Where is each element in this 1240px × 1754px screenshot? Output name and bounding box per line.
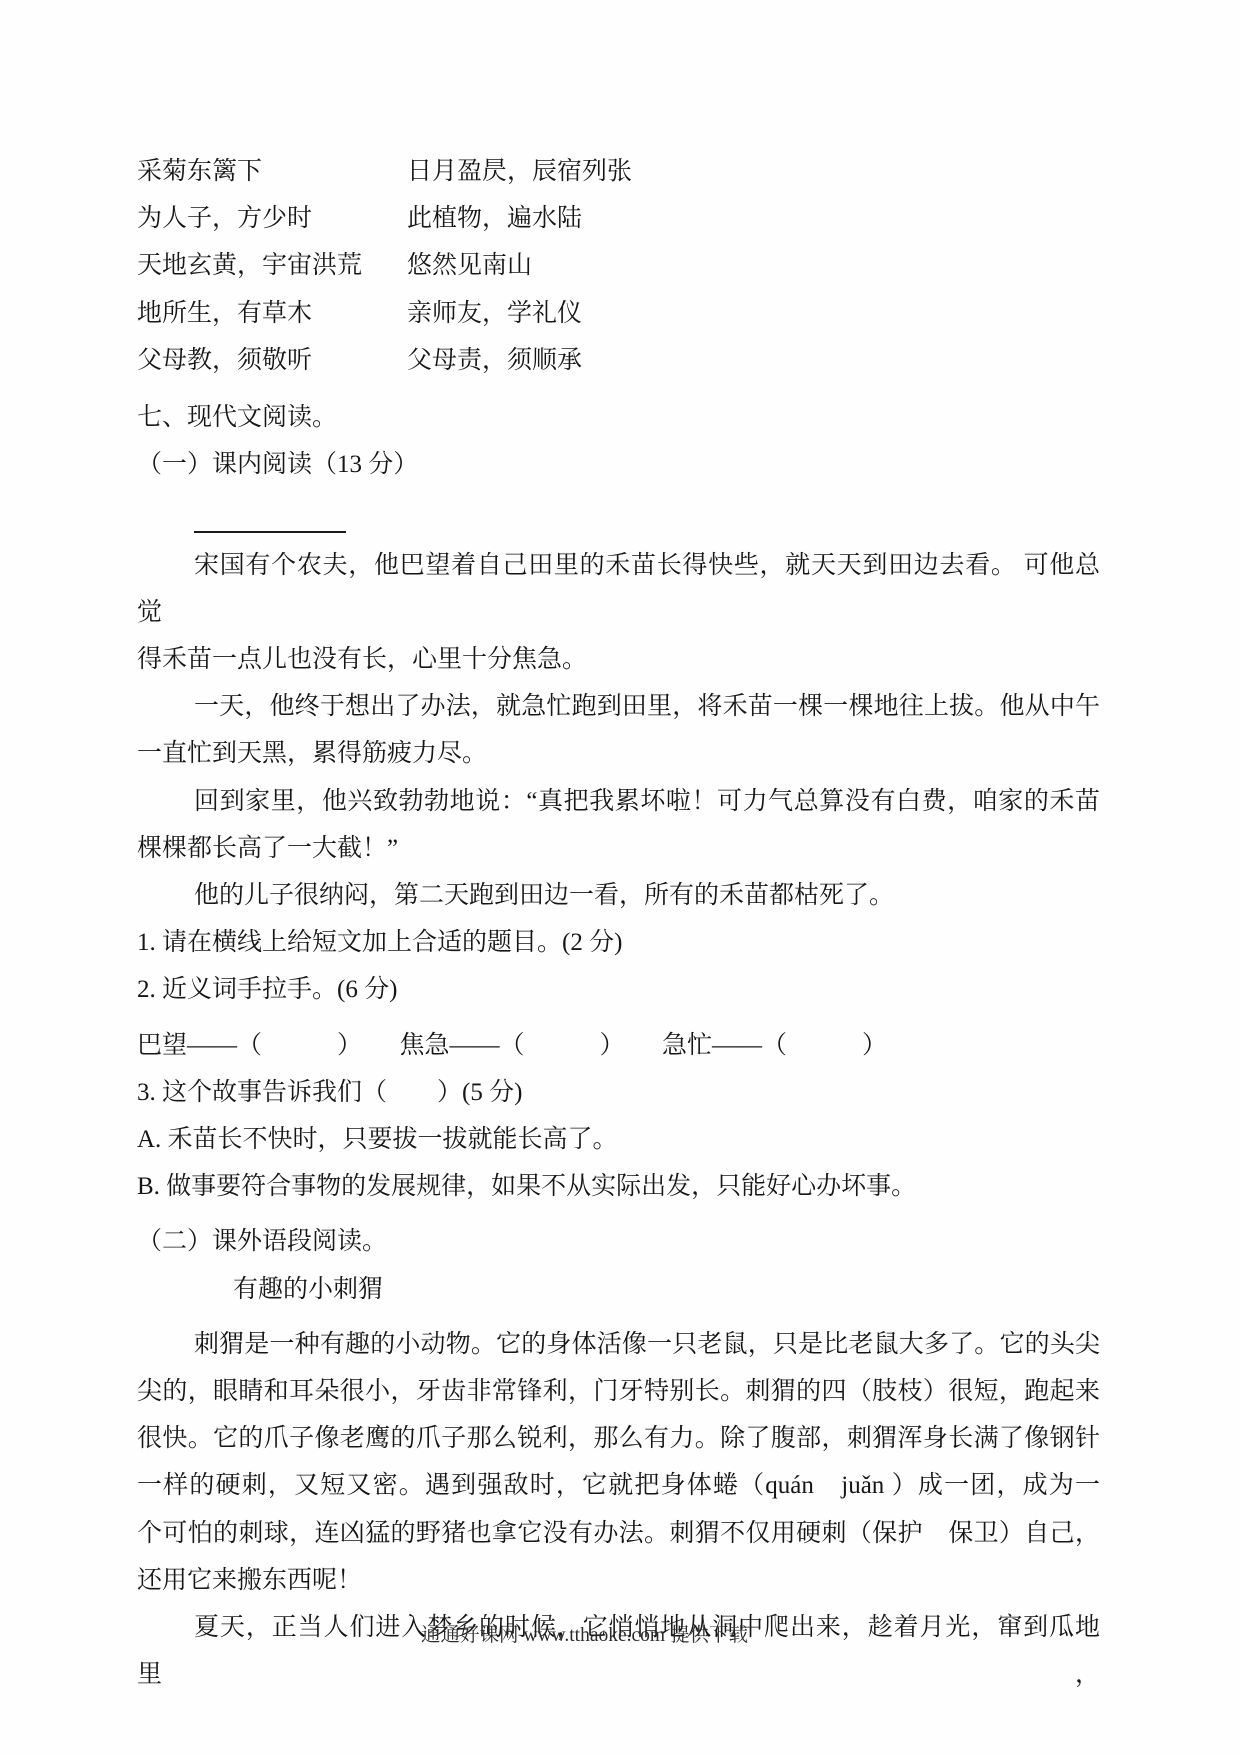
passage-line: 刺猬是一种有趣的小动物。它的身体活像一只老鼠，只是比老鼠大多了。它的头尖 <box>137 1321 1100 1368</box>
matching-left-item: 父母教，须敬听 <box>137 337 407 384</box>
passage-line: 回到家里，他兴致勃勃地说：“真把我累坏啦！可力气总算没有白费，咱家的禾苗 <box>137 778 1100 825</box>
matching-right-item: 亲师友，学礼仪 <box>407 290 1100 337</box>
passage-line: 夏天，正当人们进入梦乡的时候，它悄悄地从洞中爬出来，趁着月光，窜到瓜地里， <box>137 1604 1100 1698</box>
passage-line: 得禾苗一点儿也没有长，心里十分焦急。 <box>137 636 1100 683</box>
matching-left-item: 天地玄黄，宇宙洪荒 <box>137 242 407 289</box>
passage-line: 很快。它的爪子像老鹰的爪子那么锐利，那么有力。除了腹部，刺猬浑身长满了像钢针 <box>137 1415 1100 1462</box>
matching-row: 地所生，有草木 亲师友，学礼仪 <box>137 290 1100 337</box>
passage-title: 有趣的小刺猬 <box>137 1266 1100 1313</box>
passage-line: 他的儿子很纳闷，第二天跑到田边一看，所有的禾苗都枯死了。 <box>137 872 1100 919</box>
passage-line: 个可怕的刺球，连凶猛的野猪也拿它没有办法。刺猬不仅用硬刺（保护 保卫）自己， <box>137 1510 1100 1557</box>
section-heading: 七、现代文阅读。 <box>137 394 1100 441</box>
part-two-title: （二）课外语段阅读。 <box>137 1218 1100 1265</box>
passage-line: 一直忙到天黑，累得筋疲力尽。 <box>137 730 1100 777</box>
passage-line: 尖的，眼睛和耳朵很小，牙齿非常锋利，门牙特别长。刺猬的四（肢枝）很短，跑起来 <box>137 1368 1100 1415</box>
passage-line: 棵棵都长高了一大截！” <box>137 825 1100 872</box>
question-3: 3. 这个故事告诉我们（ ）(5 分) <box>137 1069 1100 1116</box>
matching-row: 为人子，方少时 此植物，遍水陆 <box>137 195 1100 242</box>
synonym-fill-line: 巴望——（ ） 焦急——（ ） 急忙——（ ） <box>137 1022 1100 1069</box>
matching-left-item: 地所生，有草木 <box>137 290 407 337</box>
matching-left-item: 为人子，方少时 <box>137 195 407 242</box>
matching-row: 父母教，须敬听 父母责，须顺承 <box>137 337 1100 384</box>
passage-line: 一样的硬刺，又短又密。遇到强敌时，它就把身体蜷（quán juǎn ）成一团，成… <box>137 1462 1100 1509</box>
matching-right-item: 此植物，遍水陆 <box>407 195 1100 242</box>
matching-right-item: 悠然见南山 <box>407 242 1100 289</box>
matching-right-item: 日月盈昃，辰宿列张 <box>407 148 1100 195</box>
option-a: A. 禾苗长不快时，只要拔一拔就能长高了。 <box>137 1116 1100 1163</box>
passage-line: 一天，他终于想出了办法，就急忙跑到田里，将禾苗一棵一棵地往上拔。他从中午 <box>137 683 1100 730</box>
matching-row: 天地玄黄，宇宙洪荒 悠然见南山 <box>137 242 1100 289</box>
answer-blank-line[interactable] <box>194 501 346 533</box>
matching-right-item: 父母责，须顺承 <box>407 337 1100 384</box>
document-page: 采菊东篱下 日月盈昃，辰宿列张 为人子，方少时 此植物，遍水陆 天地玄黄，宇宙洪… <box>137 0 1100 1699</box>
site-watermark-footer: 通通好课网 www.tthaoke.com 提供下载 <box>421 1622 748 1650</box>
matching-row: 采菊东篱下 日月盈昃，辰宿列张 <box>137 148 1100 195</box>
question-1: 1. 请在横线上给短文加上合适的题目。(2 分) <box>137 919 1100 966</box>
question-2: 2. 近义词手拉手。(6 分) <box>137 966 1100 1013</box>
part-one-title: （一）课内阅读（13 分） <box>137 441 1100 488</box>
matching-left-item: 采菊东篱下 <box>137 148 407 195</box>
passage-line: 还用它来搬东西呢！ <box>137 1557 1100 1604</box>
option-b: B. 做事要符合事物的发展规律，如果不从实际出发，只能好心办坏事。 <box>137 1163 1100 1210</box>
passage-line: 宋国有个农夫，他巴望着自己田里的禾苗长得快些，就天天到田边去看。 可他总觉 <box>137 542 1100 636</box>
